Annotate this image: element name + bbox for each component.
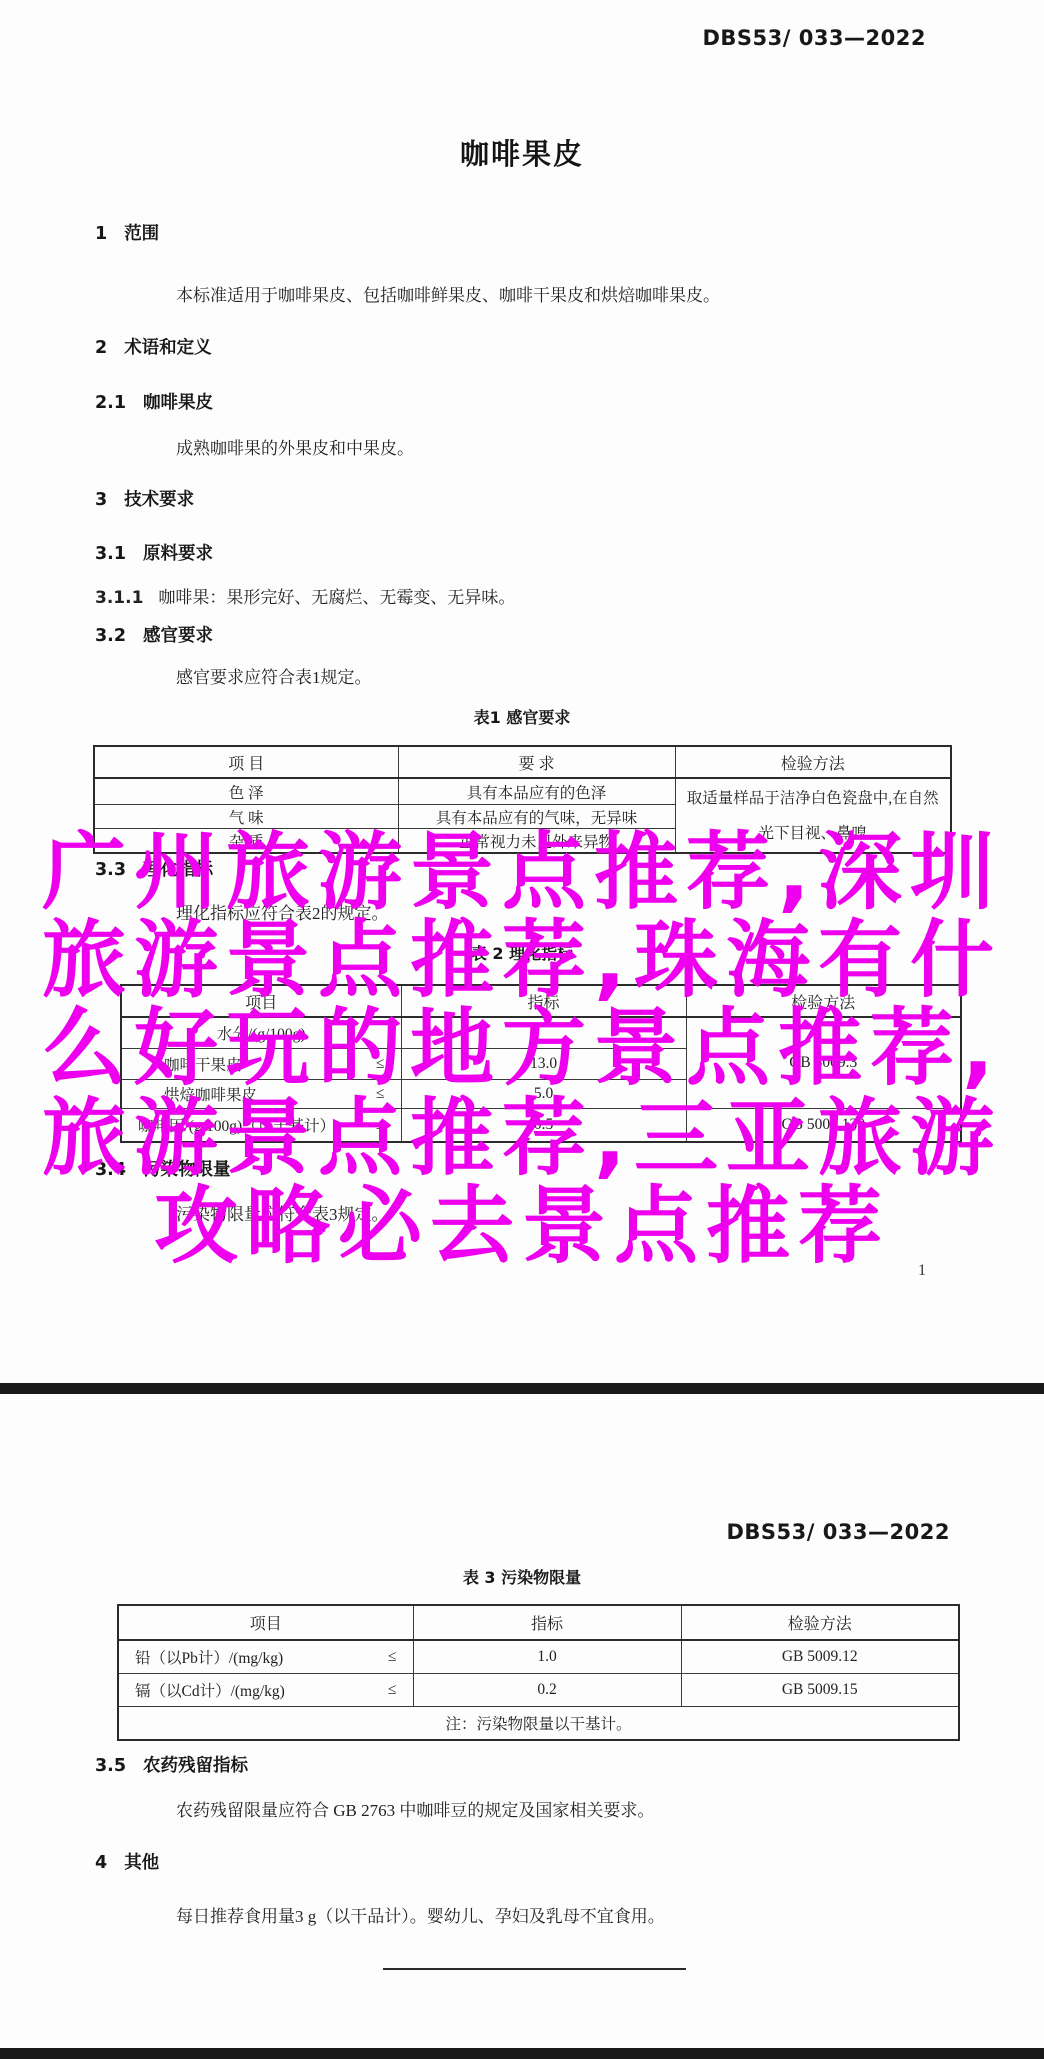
item-label: 镉（以Cd计）/(mg/kg): [135, 1679, 285, 1701]
table1-caption: 表1 感官要求: [0, 705, 1044, 728]
section-3-2-number: 3.2: [95, 626, 126, 646]
section-3-number: 3: [95, 490, 107, 510]
section-3-1-title: 原料要求: [143, 544, 213, 564]
table-note-row: 注：污染物限量以干基计。: [118, 1707, 959, 1741]
scanned-document: DBS53/ 033—2022 咖啡果皮 1范围 本标准适用于咖啡果皮、包括咖啡…: [0, 0, 1044, 2059]
spam-overlay-line-2: 旅游景点推荐,珠海有什: [0, 916, 1044, 1004]
section-3-5-title: 农药残留指标: [143, 1756, 248, 1776]
cell-requirement: 具有本品应有的色泽: [398, 778, 675, 805]
cell-value: 0.2: [413, 1674, 681, 1707]
section-3-title: 技术要求: [124, 490, 194, 510]
lte-symbol: ≤: [388, 1681, 397, 1699]
header-cell-index: 指标: [413, 1605, 681, 1640]
doc-number-page1: DBS53/ 033—2022: [702, 26, 926, 50]
header-cell-requirement: 要 求: [398, 746, 675, 778]
header-cell-item: 项目: [118, 1605, 413, 1640]
cell-item: 铅（以Pb计）/(mg/kg)≤: [118, 1640, 413, 1674]
spam-overlay-line-3: 么好玩的地方景点推荐,: [0, 1004, 1044, 1092]
section-2-title: 术语和定义: [124, 338, 212, 358]
section-3-2-title: 感官要求: [143, 626, 213, 646]
cell-method: GB 5009.12: [681, 1640, 959, 1674]
document-title: 咖啡果皮: [0, 132, 1044, 173]
section-4-heading: 4其他: [95, 1849, 159, 1874]
section-4-title: 其他: [124, 1853, 159, 1873]
cell-item: 色 泽: [94, 778, 398, 805]
item-label: 铅（以Pb计）/(mg/kg): [135, 1646, 283, 1668]
section-1-title: 范围: [124, 224, 159, 244]
section-3-heading: 3技术要求: [95, 486, 194, 511]
table-row: 铅（以Pb计）/(mg/kg)≤ 1.0 GB 5009.12: [118, 1640, 959, 1674]
header-cell-item: 项 目: [94, 746, 398, 778]
section-3-2-body: 感官要求应符合表1规定。: [176, 663, 372, 688]
section-3-1-1-body: 咖啡果：果形完好、无腐烂、无霉变、无异味。: [158, 588, 515, 607]
section-2-heading: 2术语和定义: [95, 334, 212, 359]
section-2-1-title: 咖啡果皮: [143, 393, 213, 413]
table-header-row: 项目 指标 检验方法: [118, 1605, 959, 1640]
section-3-2-heading: 3.2感官要求: [95, 622, 213, 647]
method-line-1: 取适量样品于洁净白色瓷盘中,在自然: [676, 781, 951, 816]
header-cell-method: 检验方法: [681, 1605, 959, 1640]
table-row: 镉（以Cd计）/(mg/kg)≤ 0.2 GB 5009.15: [118, 1674, 959, 1707]
cell-method: GB 5009.15: [681, 1674, 959, 1707]
section-3-1-heading: 3.1原料要求: [95, 540, 213, 565]
page-divider: [0, 1383, 1044, 1394]
lte-symbol: ≤: [388, 1648, 397, 1666]
table-header-row: 项 目 要 求 检验方法: [94, 746, 951, 778]
section-1-number: 1: [95, 224, 107, 244]
section-3-5-heading: 3.5农药残留指标: [95, 1752, 248, 1777]
section-2-number: 2: [95, 338, 107, 358]
bottom-band: [0, 2048, 1044, 2059]
contaminant-limits-table: 项目 指标 检验方法 铅（以Pb计）/(mg/kg)≤ 1.0 GB 5009.…: [117, 1604, 960, 1741]
section-3-1-number: 3.1: [95, 544, 126, 564]
section-2-1-number: 2.1: [95, 393, 126, 413]
section-1-heading: 1范围: [95, 220, 159, 245]
section-4-body: 每日推荐食用量3 g（以干品计）。婴幼儿、孕妇及乳母不宜食用。: [176, 1902, 665, 1927]
spam-overlay-line-1: 广州旅游景点推荐,深圳: [0, 828, 1044, 916]
spam-overlay-line-4: 旅游景点推荐,三亚旅游: [0, 1094, 1044, 1182]
section-2-1-heading: 2.1咖啡果皮: [95, 389, 213, 414]
doc-number-page2: DBS53/ 033—2022: [726, 1520, 950, 1544]
table-note: 注：污染物限量以干基计。: [118, 1707, 959, 1741]
spam-overlay-line-5: 攻略必去景点推荐: [0, 1182, 1044, 1270]
section-3-5-body: 农药残留限量应符合 GB 2763 中咖啡豆的规定及国家相关要求。: [176, 1796, 654, 1821]
section-1-body: 本标准适用于咖啡果皮、包括咖啡鲜果皮、咖啡干果皮和烘焙咖啡果皮。: [176, 281, 720, 306]
section-2-1-body: 成熟咖啡果的外果皮和中果皮。: [176, 434, 414, 459]
section-4-number: 4: [95, 1853, 107, 1873]
section-3-1-1-number: 3.1.1: [95, 588, 143, 608]
cell-value: 1.0: [413, 1640, 681, 1674]
header-cell-method: 检验方法: [675, 746, 951, 778]
table3-caption: 表 3 污染物限量: [0, 1565, 1044, 1588]
section-3-5-number: 3.5: [95, 1756, 126, 1776]
section-3-1-1-line: 3.1.1咖啡果：果形完好、无腐烂、无霉变、无异味。: [95, 583, 515, 608]
cell-item: 镉（以Cd计）/(mg/kg)≤: [118, 1674, 413, 1707]
document-end-rule: [383, 1968, 686, 1970]
table-row: 色 泽 具有本品应有的色泽 取适量样品于洁净白色瓷盘中,在自然 光下目视、鼻嗅: [94, 778, 951, 805]
